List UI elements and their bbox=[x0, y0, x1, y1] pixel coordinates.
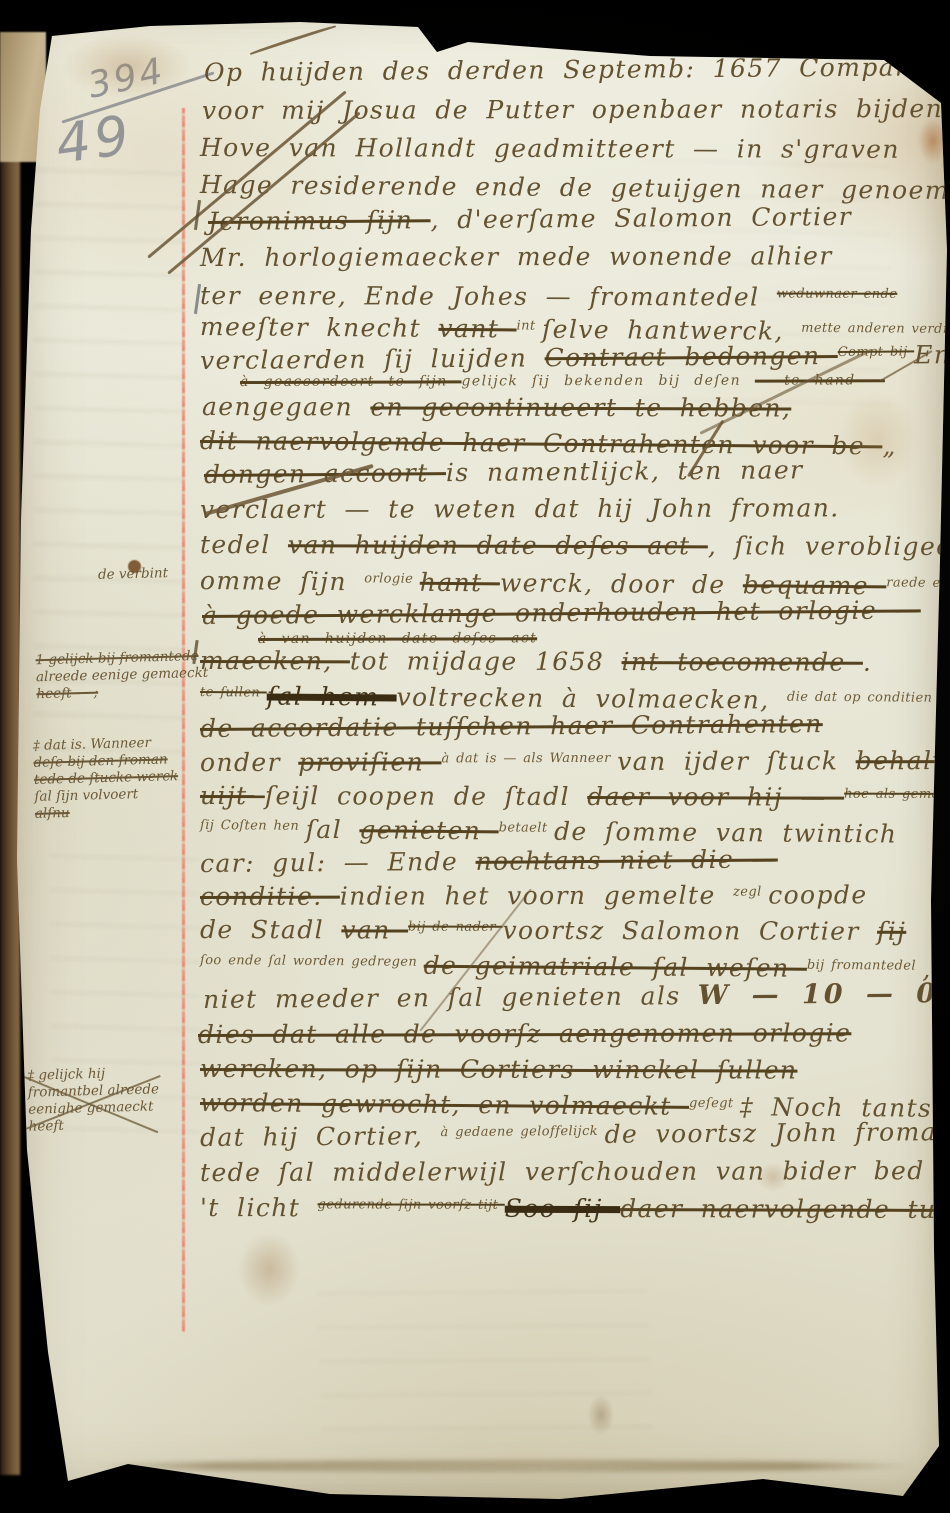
text-segment: ſoo ende ſal worden gedregen bbox=[200, 953, 424, 970]
text-segment: nochtans niet die — bbox=[475, 844, 778, 875]
margin-note: 1 gelijck bij fromantedealreede eenige g… bbox=[35, 648, 209, 703]
text-segment: ſij Coſten hen bbox=[200, 818, 306, 834]
text-segment: weduwnaer ende bbox=[777, 286, 898, 301]
text-segment: coopde bbox=[768, 880, 867, 909]
margin-note: ‡ dat is. Wanneerdeſe bij den fromantede… bbox=[33, 734, 179, 823]
manuscript-page: 394 49 Op huijden des derden Septemb: 16… bbox=[0, 0, 950, 1513]
text-segment: betaelt bbox=[499, 820, 555, 835]
margin-note-line: alſnu bbox=[35, 802, 180, 823]
text-line: onder proviſien à dat is — als Wanneer v… bbox=[200, 746, 950, 777]
text-segment: à geaccordeert te ſijn bbox=[240, 373, 462, 390]
text-line: de Stadl van bij de nader voortsz Salomo… bbox=[200, 915, 906, 946]
text-line: maecken, tot mijdage 1658 int toecomende… bbox=[200, 646, 872, 677]
text-segment: maecken, bbox=[200, 646, 350, 675]
text-segment: daer voor hij — bbox=[587, 782, 844, 812]
text-segment: Hage residerende ende de getuijgen naer … bbox=[200, 170, 950, 205]
text-segment: „ bbox=[882, 431, 897, 460]
margin-note: ‡ gelijck hijfromantbel alreedeeenighe g… bbox=[27, 1064, 160, 1135]
text-segment: behalve dien . bbox=[856, 746, 950, 776]
text-segment: tede ſal middelerwijl verſchouden van bi… bbox=[200, 1156, 925, 1187]
verso-showthrough bbox=[316, 1264, 653, 1485]
text-segment: de accordatie tuſſchen haer Contrahenten bbox=[200, 709, 823, 743]
text-segment: voor mij Josua de Putter openbaer notari… bbox=[202, 94, 943, 125]
text-segment: John froman. bbox=[651, 493, 840, 522]
margin-note-line: de verbint bbox=[98, 565, 168, 584]
age-stain bbox=[588, 1395, 614, 1435]
text-line: 't licht gedurende ſijn voorſz tijt Soo … bbox=[200, 1193, 950, 1224]
margin-note: de verbint bbox=[98, 565, 168, 584]
text-segment: — te weten dat hij bbox=[344, 494, 650, 524]
text-segment: tuſſchen bbox=[907, 1195, 950, 1224]
text-line: Jeronimus ſijn , d'eerſame Salomon Corti… bbox=[208, 202, 852, 236]
text-line: tede ſal middelerwijl verſchouden van bi… bbox=[200, 1156, 925, 1187]
text-line: niet meeder en ſal genieten als W — 10 —… bbox=[203, 978, 950, 1015]
text-segment: geſegt bbox=[689, 1096, 740, 1111]
text-segment: tot mijdage 1658 bbox=[350, 646, 622, 676]
text-segment: de voortsz bbox=[604, 1118, 775, 1148]
text-segment: uijt bbox=[200, 781, 265, 810]
text-segment: dies dat alle de voorſz aengenomen orlog… bbox=[198, 1018, 851, 1049]
text-segment: Compt bij bbox=[838, 344, 915, 360]
ink-flourish-stroke bbox=[250, 24, 337, 55]
text-segment: te ſullen bbox=[200, 685, 267, 701]
text-segment: car: gul: — Ende bbox=[200, 847, 476, 878]
text-segment: raede en het bbox=[886, 575, 950, 591]
text-segment: voortsz Salomon Cortier bbox=[503, 916, 878, 946]
text-segment: Contract bedongen bbox=[544, 341, 837, 372]
text-segment: worden gewrocht, en volmaeckt bbox=[200, 1088, 689, 1121]
text-segment: hant bbox=[420, 568, 500, 598]
text-segment: verclaerden ſij luijden bbox=[200, 343, 545, 375]
text-segment: John froman bbox=[775, 1117, 950, 1147]
text-line: voor mij Josua de Putter openbaer notari… bbox=[202, 94, 943, 125]
text-segment: gelijck ſij bekenden bij deſen bbox=[462, 373, 755, 390]
text-segment: à dat is — als Wanneer bbox=[441, 751, 617, 766]
text-line: Hage residerende ende de getuijgen naer … bbox=[200, 170, 950, 205]
text-line: à geaccordeert te ſijn gelijck ſij beken… bbox=[240, 372, 885, 390]
text-segment: onder bbox=[200, 748, 298, 777]
text-segment: gedurende ſijn voorſz tijt bbox=[318, 1197, 505, 1212]
text-segment: hoe als gemaeckt bij fromantel bbox=[844, 787, 950, 803]
rust-stain bbox=[918, 118, 948, 164]
text-segment: werck, door de bbox=[500, 568, 743, 599]
text-line: car: gul: — Ende nochtans niet die — bbox=[200, 844, 778, 878]
text-segment: . bbox=[863, 648, 872, 677]
text-segment: ſal bbox=[306, 815, 360, 844]
text-segment: meeſter knecht bbox=[200, 312, 439, 343]
text-segment: conditie. bbox=[200, 882, 340, 911]
text-segment: Mr. horlogiemaecker mede wonende alhier bbox=[200, 241, 833, 272]
text-segment: vant bbox=[438, 314, 516, 344]
text-segment: daer naervolgende bbox=[620, 1194, 907, 1224]
text-segment: omme ſijn bbox=[200, 566, 364, 596]
text-segment: dat hij Cortier, bbox=[200, 1121, 441, 1152]
text-segment: à goede wercklange onderhouden het orlog… bbox=[202, 595, 921, 630]
text-segment: van ijder ſtuck bbox=[617, 746, 855, 776]
text-segment: van huijden date deſes act bbox=[288, 530, 708, 560]
text-segment: van bbox=[341, 915, 408, 944]
text-line: dat hij Cortier, à gedaene geloffelijck … bbox=[200, 1117, 950, 1152]
text-segment: , d'eerſame Salomon Cortier bbox=[430, 202, 852, 234]
text-segment: int bbox=[517, 318, 543, 333]
text-segment: zegl bbox=[733, 884, 768, 899]
text-segment: die dat op conditien hier naer verhaelt bbox=[787, 690, 950, 707]
text-segment: W — 10 — 0 , bbox=[698, 978, 950, 1011]
text-segment: indien het voorn gemelte bbox=[340, 881, 733, 911]
text-segment: tedel bbox=[200, 530, 288, 559]
text-segment: à gedaene geloffelijck bbox=[440, 1124, 604, 1140]
text-line: ſij Coſten hen ſal genieten betaelt de ſ… bbox=[200, 814, 898, 848]
text-segment: int toecomende bbox=[621, 647, 862, 677]
margin-note-line: heeft bbox=[28, 1115, 160, 1135]
text-line: aengegaen en gecontinueert te hebben, bbox=[202, 392, 791, 423]
page-number-struck: 394 bbox=[85, 50, 170, 106]
text-segment: genieten bbox=[359, 815, 498, 845]
text-line: verclaert — te weten dat hij John froman… bbox=[200, 493, 840, 524]
text-segment: à van huijden date deſes act bbox=[258, 630, 537, 647]
text-segment: bij de nader bbox=[408, 919, 503, 934]
text-segment: is namentlijck, bbox=[446, 456, 678, 487]
text-line: dies dat alle de voorſz aengenomen orlog… bbox=[198, 1018, 851, 1049]
text-line: à goede wercklange onderhouden het orlog… bbox=[202, 595, 921, 630]
text-segment: wercken, op ſijn Cortiers winckel ſullen bbox=[200, 1054, 798, 1085]
text-segment: de geimatriale ſal weſen bbox=[424, 951, 807, 983]
margin-note-line: eenighe gemaeckt bbox=[28, 1098, 160, 1118]
text-line: uijt ſeijl coopen de ſtadl daer voor hij… bbox=[200, 781, 950, 812]
text-segment: de ſomme van twintich bbox=[554, 817, 898, 849]
text-line: de accordatie tuſſchen haer Contrahenten bbox=[200, 709, 823, 743]
text-segment: ſal hem bbox=[267, 682, 397, 712]
text-segment: proviſien bbox=[298, 747, 441, 776]
text-segment: ſeijl coopen de ſtadl bbox=[265, 781, 587, 811]
text-segment: mette anderen verdraegen bbox=[801, 321, 950, 338]
text-segment: dongen accoort bbox=[204, 458, 446, 489]
text-segment: orlogie bbox=[364, 571, 420, 586]
text-line: wercken, op ſijn Cortiers winckel ſullen bbox=[200, 1054, 798, 1085]
manuscript-scan: 394 49 Op huijden des derden Septemb: 16… bbox=[0, 0, 950, 1513]
text-segment: de Stadl bbox=[200, 915, 341, 944]
text-segment: bij fromantedel bbox=[807, 958, 923, 974]
text-line: Mr. horlogiemaecker mede wonende alhier bbox=[200, 241, 833, 272]
text-segment: , ſich verobligeert bbox=[708, 531, 950, 561]
text-line: dongen accoort is namentlijck, ten naer bbox=[204, 455, 804, 489]
text-segment: Soo ſij bbox=[505, 1194, 620, 1223]
text-line: ter eenre, Ende Johes — fromantedel wedu… bbox=[200, 281, 897, 312]
text-segment: 't licht bbox=[200, 1193, 318, 1222]
red-margin-line bbox=[182, 108, 185, 1332]
book-binding-edge bbox=[0, 55, 20, 1475]
text-segment: ter eenre, Ende Johes — fromantedel bbox=[200, 281, 777, 312]
age-stain bbox=[238, 1232, 300, 1306]
paper-bottom-crease bbox=[90, 1460, 920, 1472]
text-segment: aengegaen bbox=[202, 392, 370, 421]
text-line: conditie. indien het voorn gemelte zegl … bbox=[200, 880, 868, 911]
text-line: Op huijden des derden Septemb: 1657 Comp… bbox=[204, 52, 950, 87]
text-segment: Ende bbox=[914, 340, 950, 370]
text-segment: Op huijden des derden Septemb: 1657 Comp… bbox=[204, 52, 950, 87]
text-segment: niet meeder en ſal genieten als bbox=[203, 981, 698, 1014]
text-line: tedel van huijden date deſes act , ſich … bbox=[200, 530, 950, 562]
text-line: verclaerden ſij luijden Contract bedonge… bbox=[200, 340, 950, 375]
text-segment: ſij bbox=[877, 917, 906, 946]
page-number: 49 bbox=[52, 103, 137, 176]
text-line: à van huijden date deſes act bbox=[258, 630, 537, 647]
